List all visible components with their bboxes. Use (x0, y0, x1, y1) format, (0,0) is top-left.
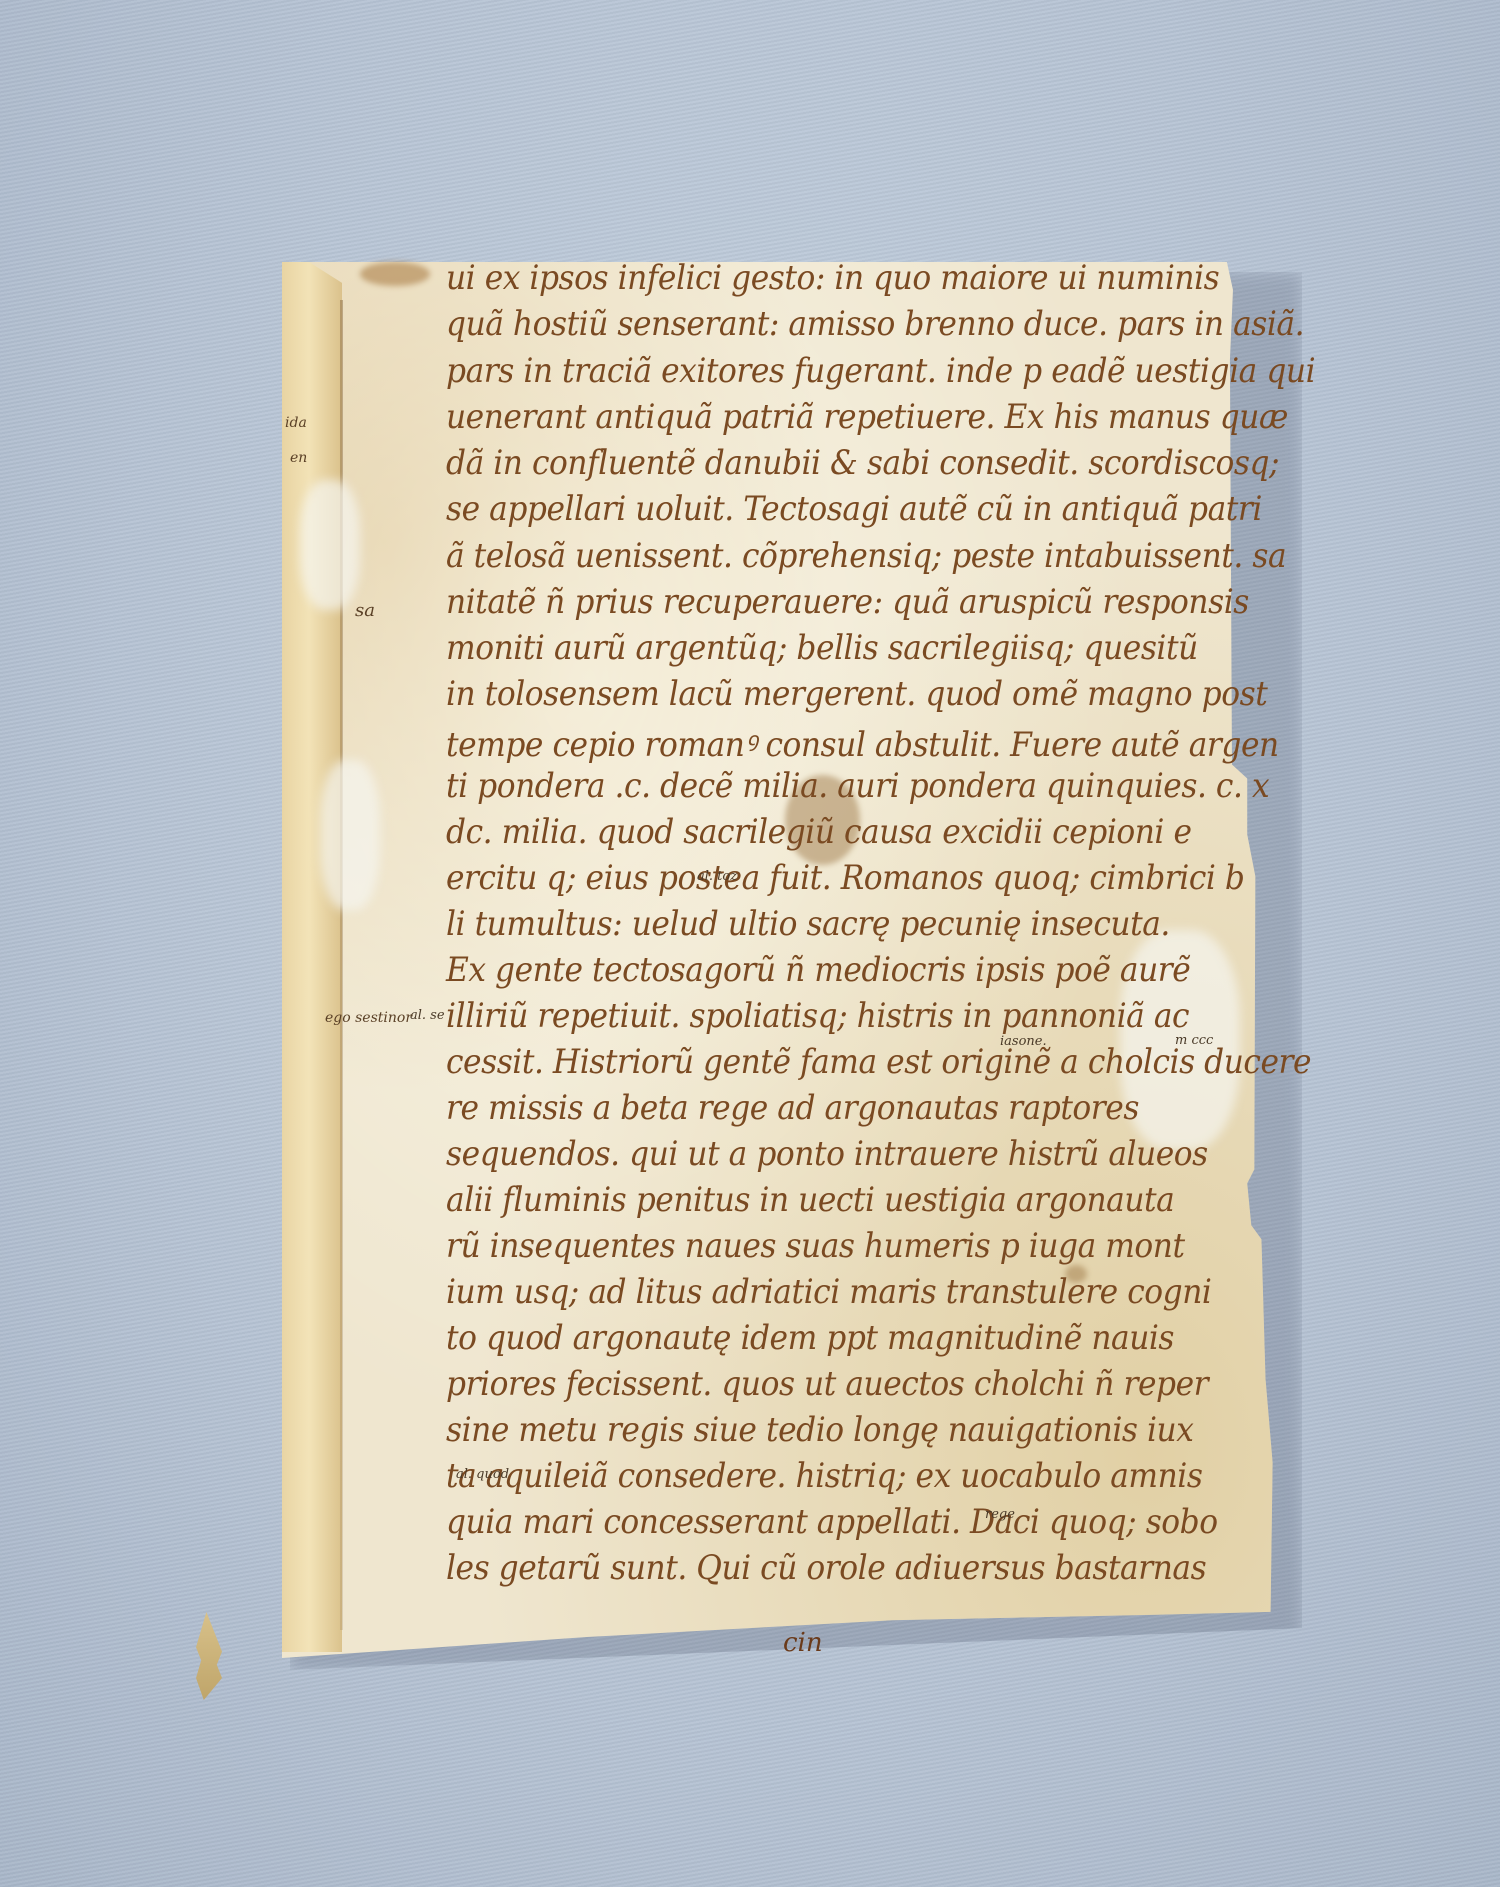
text-line: quia mari concesserant appellati. Daci q… (446, 1502, 1218, 1542)
interlinear-gloss: iasone. (1000, 1034, 1047, 1049)
text-line: se appellari uoluit. Tectosagi autẽ cũ i… (446, 489, 1262, 529)
text-line: nitatẽ ñ prius recuperauere: quã aruspic… (446, 582, 1249, 622)
text-line: ium usq; ad litus adriatici maris transt… (446, 1272, 1211, 1312)
margin-note: ego sestinor (325, 1010, 412, 1026)
text-line: in tolosensem lacũ mergerent. quod omẽ m… (446, 674, 1267, 714)
catchword: cin (783, 1628, 823, 1658)
abrasion-mark (300, 480, 360, 610)
text-line: re missis a beta rege ad argonautas rapt… (446, 1088, 1139, 1128)
text-line: cessit. Histriorũ gentẽ fama est originẽ… (446, 1042, 1311, 1082)
interlinear-gloss: al. toz (697, 869, 737, 884)
text-line: sequendos. qui ut a ponto intrauere hist… (446, 1134, 1208, 1174)
interlinear-gloss: al. quod (456, 1467, 509, 1482)
text-line: sine metu regis siue tedio longę nauigat… (446, 1410, 1193, 1450)
corner-stain (360, 262, 430, 286)
text-line: moniti aurũ argentũq; bellis sacrilegiis… (446, 628, 1198, 668)
text-line: rũ insequentes naues suas humeris p iuga… (446, 1226, 1185, 1266)
binding-strip (282, 262, 342, 1652)
text-line: ui ex ipsos infelici gesto: in quo maior… (446, 258, 1219, 298)
text-line: Ex gente tectosagorũ ñ mediocris ipsis p… (446, 950, 1190, 990)
interlinear-gloss: al. se (410, 1008, 445, 1023)
text-line: ã telosã uenissent. cõprehensiq; peste i… (446, 536, 1286, 576)
text-line: alii fluminis penitus in uecti uestigia … (446, 1180, 1174, 1220)
text-line: ta aquileiã consedere. histriq; ex uocab… (446, 1456, 1202, 1496)
text-line: tempe cepio romanꝰ consul abstulit. Fuer… (446, 720, 1279, 766)
text-line: ercitu q; eius postea fuit. Romanos quoq… (446, 858, 1244, 898)
text-line: les getarũ sunt. Qui cũ orole adiuersus … (446, 1548, 1206, 1588)
text-line: quã hostiũ senserant: amisso brenno duce… (446, 304, 1304, 344)
text-line: uenerant antiquã patriã repetiuere. Ex h… (446, 397, 1288, 437)
margin-note: ida (285, 415, 307, 431)
text-line: ti pondera .c. decẽ milia. auri pondera … (446, 766, 1269, 806)
margin-note: en (290, 450, 307, 466)
text-line: illiriũ repetiuit. spoliatisq; histris i… (446, 996, 1189, 1036)
interlinear-gloss: rege (985, 1507, 1015, 1522)
text-line: priores fecissent. quos ut auectos cholc… (446, 1364, 1208, 1404)
text-line: to quod argonautę idem ppt magnitudinẽ n… (446, 1318, 1174, 1358)
interlinear-gloss: m ccc (1175, 1033, 1213, 1048)
text-line: li tumultus: uelud ultio sacrę pecunię i… (446, 904, 1170, 944)
margin-note: sa (355, 600, 375, 621)
text-line: dc. milia. quod sacrilegiũ causa excidii… (446, 812, 1192, 852)
text-line: dã in confluentẽ danubii & sabi consedit… (446, 443, 1279, 483)
text-line: pars in traciã exitores fugerant. inde p… (446, 351, 1315, 391)
abrasion-mark (320, 760, 380, 910)
